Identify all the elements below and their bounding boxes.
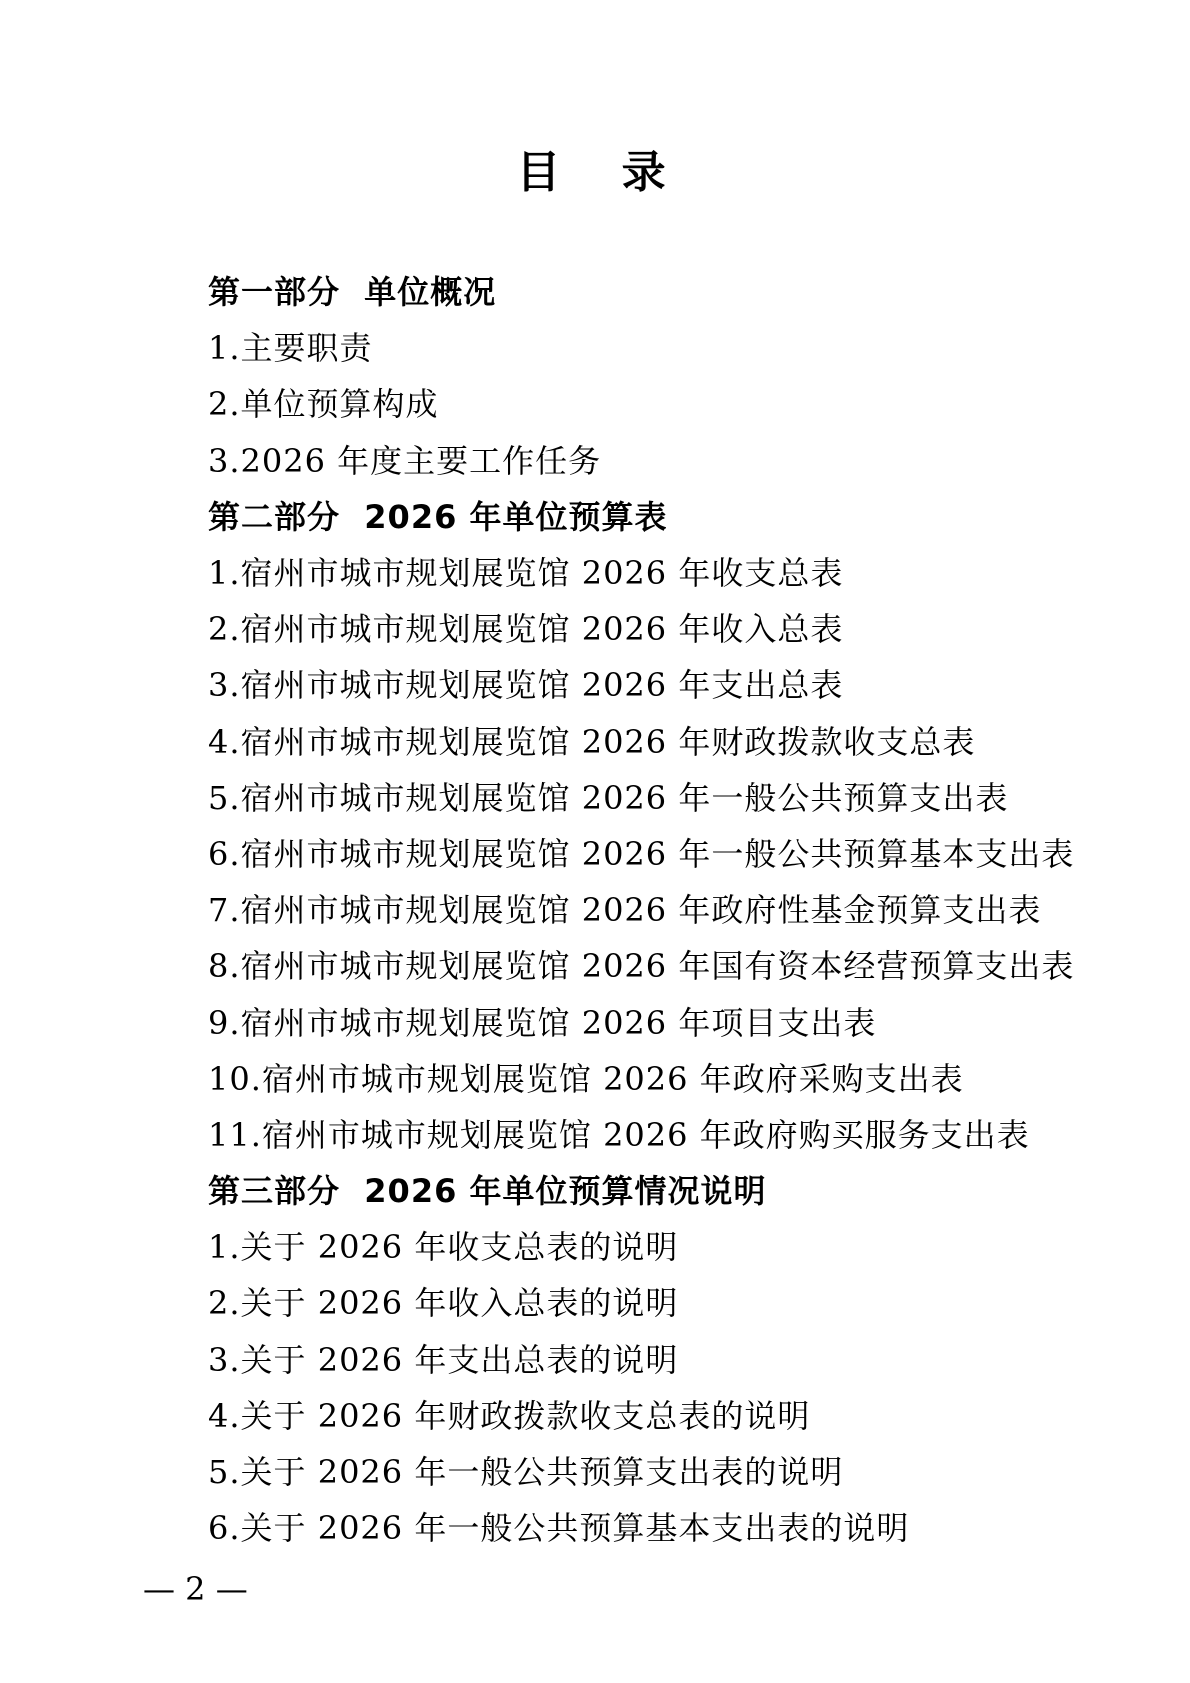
toc-item: 2.单位预算构成	[208, 374, 1130, 430]
toc-item: 1.主要职责	[208, 318, 1130, 374]
toc-section-1-heading: 第一部分 单位概况	[208, 262, 1130, 318]
toc-item: 7.宿州市城市规划展览馆 2026 年政府性基金预算支出表	[208, 880, 1130, 936]
toc-item: 8.宿州市城市规划展览馆 2026 年国有资本经营预算支出表	[208, 936, 1130, 992]
toc-item: 5.宿州市城市规划展览馆 2026 年一般公共预算支出表	[208, 768, 1130, 824]
table-of-contents: 第一部分 单位概况 1.主要职责 2.单位预算构成 3.2026 年度主要工作任…	[208, 262, 1130, 1554]
toc-item: 5.关于 2026 年一般公共预算支出表的说明	[208, 1442, 1130, 1498]
toc-item: 3.2026 年度主要工作任务	[208, 431, 1130, 487]
toc-item: 11.宿州市城市规划展览馆 2026 年政府购买服务支出表	[208, 1105, 1130, 1161]
page-number: — 2 —	[143, 1570, 248, 1608]
toc-item: 3.关于 2026 年支出总表的说明	[208, 1330, 1130, 1386]
page-title: 目 录	[0, 148, 1182, 199]
toc-item: 3.宿州市城市规划展览馆 2026 年支出总表	[208, 655, 1130, 711]
toc-item: 6.关于 2026 年一般公共预算基本支出表的说明	[208, 1498, 1130, 1554]
toc-item: 4.宿州市城市规划展览馆 2026 年财政拨款收支总表	[208, 712, 1130, 768]
toc-item: 1.关于 2026 年收支总表的说明	[208, 1217, 1130, 1273]
toc-item: 2.关于 2026 年收入总表的说明	[208, 1273, 1130, 1329]
toc-item: 4.关于 2026 年财政拨款收支总表的说明	[208, 1386, 1130, 1442]
toc-section-2-heading: 第二部分 2026 年单位预算表	[208, 487, 1130, 543]
toc-item: 1.宿州市城市规划展览馆 2026 年收支总表	[208, 543, 1130, 599]
toc-item: 9.宿州市城市规划展览馆 2026 年项目支出表	[208, 992, 1130, 1048]
toc-section-3-heading: 第三部分 2026 年单位预算情况说明	[208, 1161, 1130, 1217]
toc-item: 2.宿州市城市规划展览馆 2026 年收入总表	[208, 599, 1130, 655]
toc-item: 10.宿州市城市规划展览馆 2026 年政府采购支出表	[208, 1049, 1130, 1105]
toc-item: 6.宿州市城市规划展览馆 2026 年一般公共预算基本支出表	[208, 824, 1130, 880]
